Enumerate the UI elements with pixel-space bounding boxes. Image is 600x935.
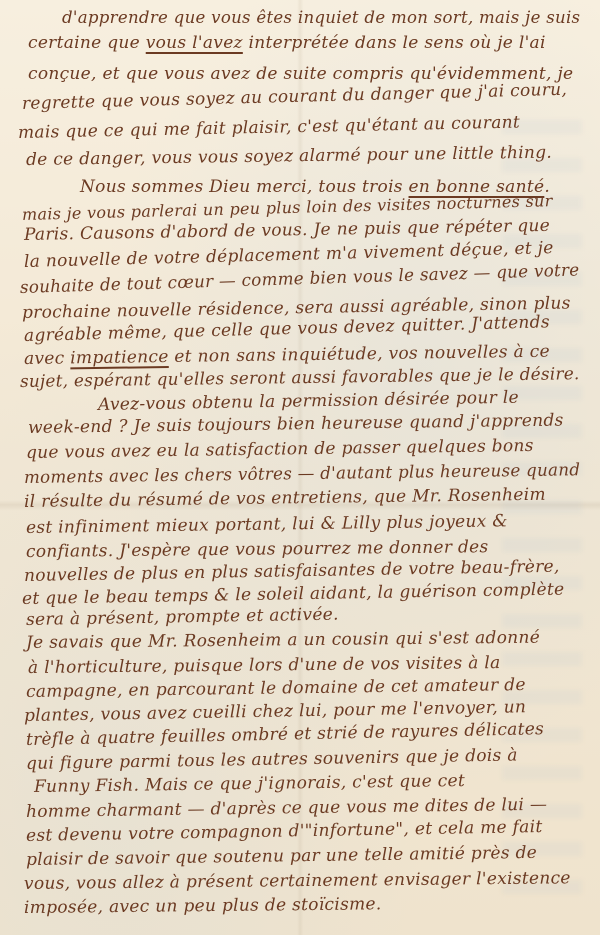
letter-line: Je savais que Mr. Rosenheim a un cousin … bbox=[26, 628, 540, 653]
letter-line-text: certaine que vous l'avez interprétée dan… bbox=[28, 33, 546, 53]
letter-line: certaine que vous l'avez interprétée dan… bbox=[28, 33, 546, 53]
letter-line: plaisir de savoir que soutenu par une te… bbox=[26, 843, 537, 870]
underlined-phrase: vous l'avez bbox=[146, 33, 243, 53]
letter-line: d'apprendre que vous êtes inquiet de mon… bbox=[62, 8, 559, 28]
letter-line: regrette que vous soyez au courant du da… bbox=[22, 80, 568, 114]
letter-line: Funny Fish. Mais ce que j'ignorais, c'es… bbox=[34, 771, 465, 797]
letter-line: vous, vous allez à présent certainement … bbox=[24, 868, 571, 894]
letter-line: que vous avez eu la satisfaction de pass… bbox=[26, 436, 534, 463]
letter-line: est devenu votre compagnon d'"infortune"… bbox=[26, 817, 543, 846]
letter-line: mais que ce qui me fait plaisir, c'est q… bbox=[18, 112, 520, 143]
letter-line: il résulte du résumé de vos entretiens, … bbox=[24, 485, 546, 512]
letter-line: sera à présent, prompte et activée. bbox=[26, 605, 339, 630]
letter-line: qui figure parmi tous les autres souveni… bbox=[26, 745, 518, 774]
letter-line: moments avec les chers vôtres — d'autant… bbox=[24, 460, 581, 488]
letter-line: imposée, avec un peu plus de stoïcisme. bbox=[24, 894, 382, 918]
letter-line: est infiniment mieux portant, lui & Lill… bbox=[26, 511, 508, 538]
underlined-phrase: impatience bbox=[70, 347, 169, 368]
ink-bleed-through bbox=[502, 120, 582, 900]
letter-line: de ce danger, vous vous soyez alarmé pou… bbox=[26, 143, 552, 170]
letter-line: Avez-vous obtenu la permission désirée p… bbox=[98, 388, 519, 415]
letter-page: d'apprendre que vous êtes inquiet de mon… bbox=[0, 0, 600, 935]
letter-line: à l'horticulture, puisque lors d'une de … bbox=[28, 653, 501, 678]
